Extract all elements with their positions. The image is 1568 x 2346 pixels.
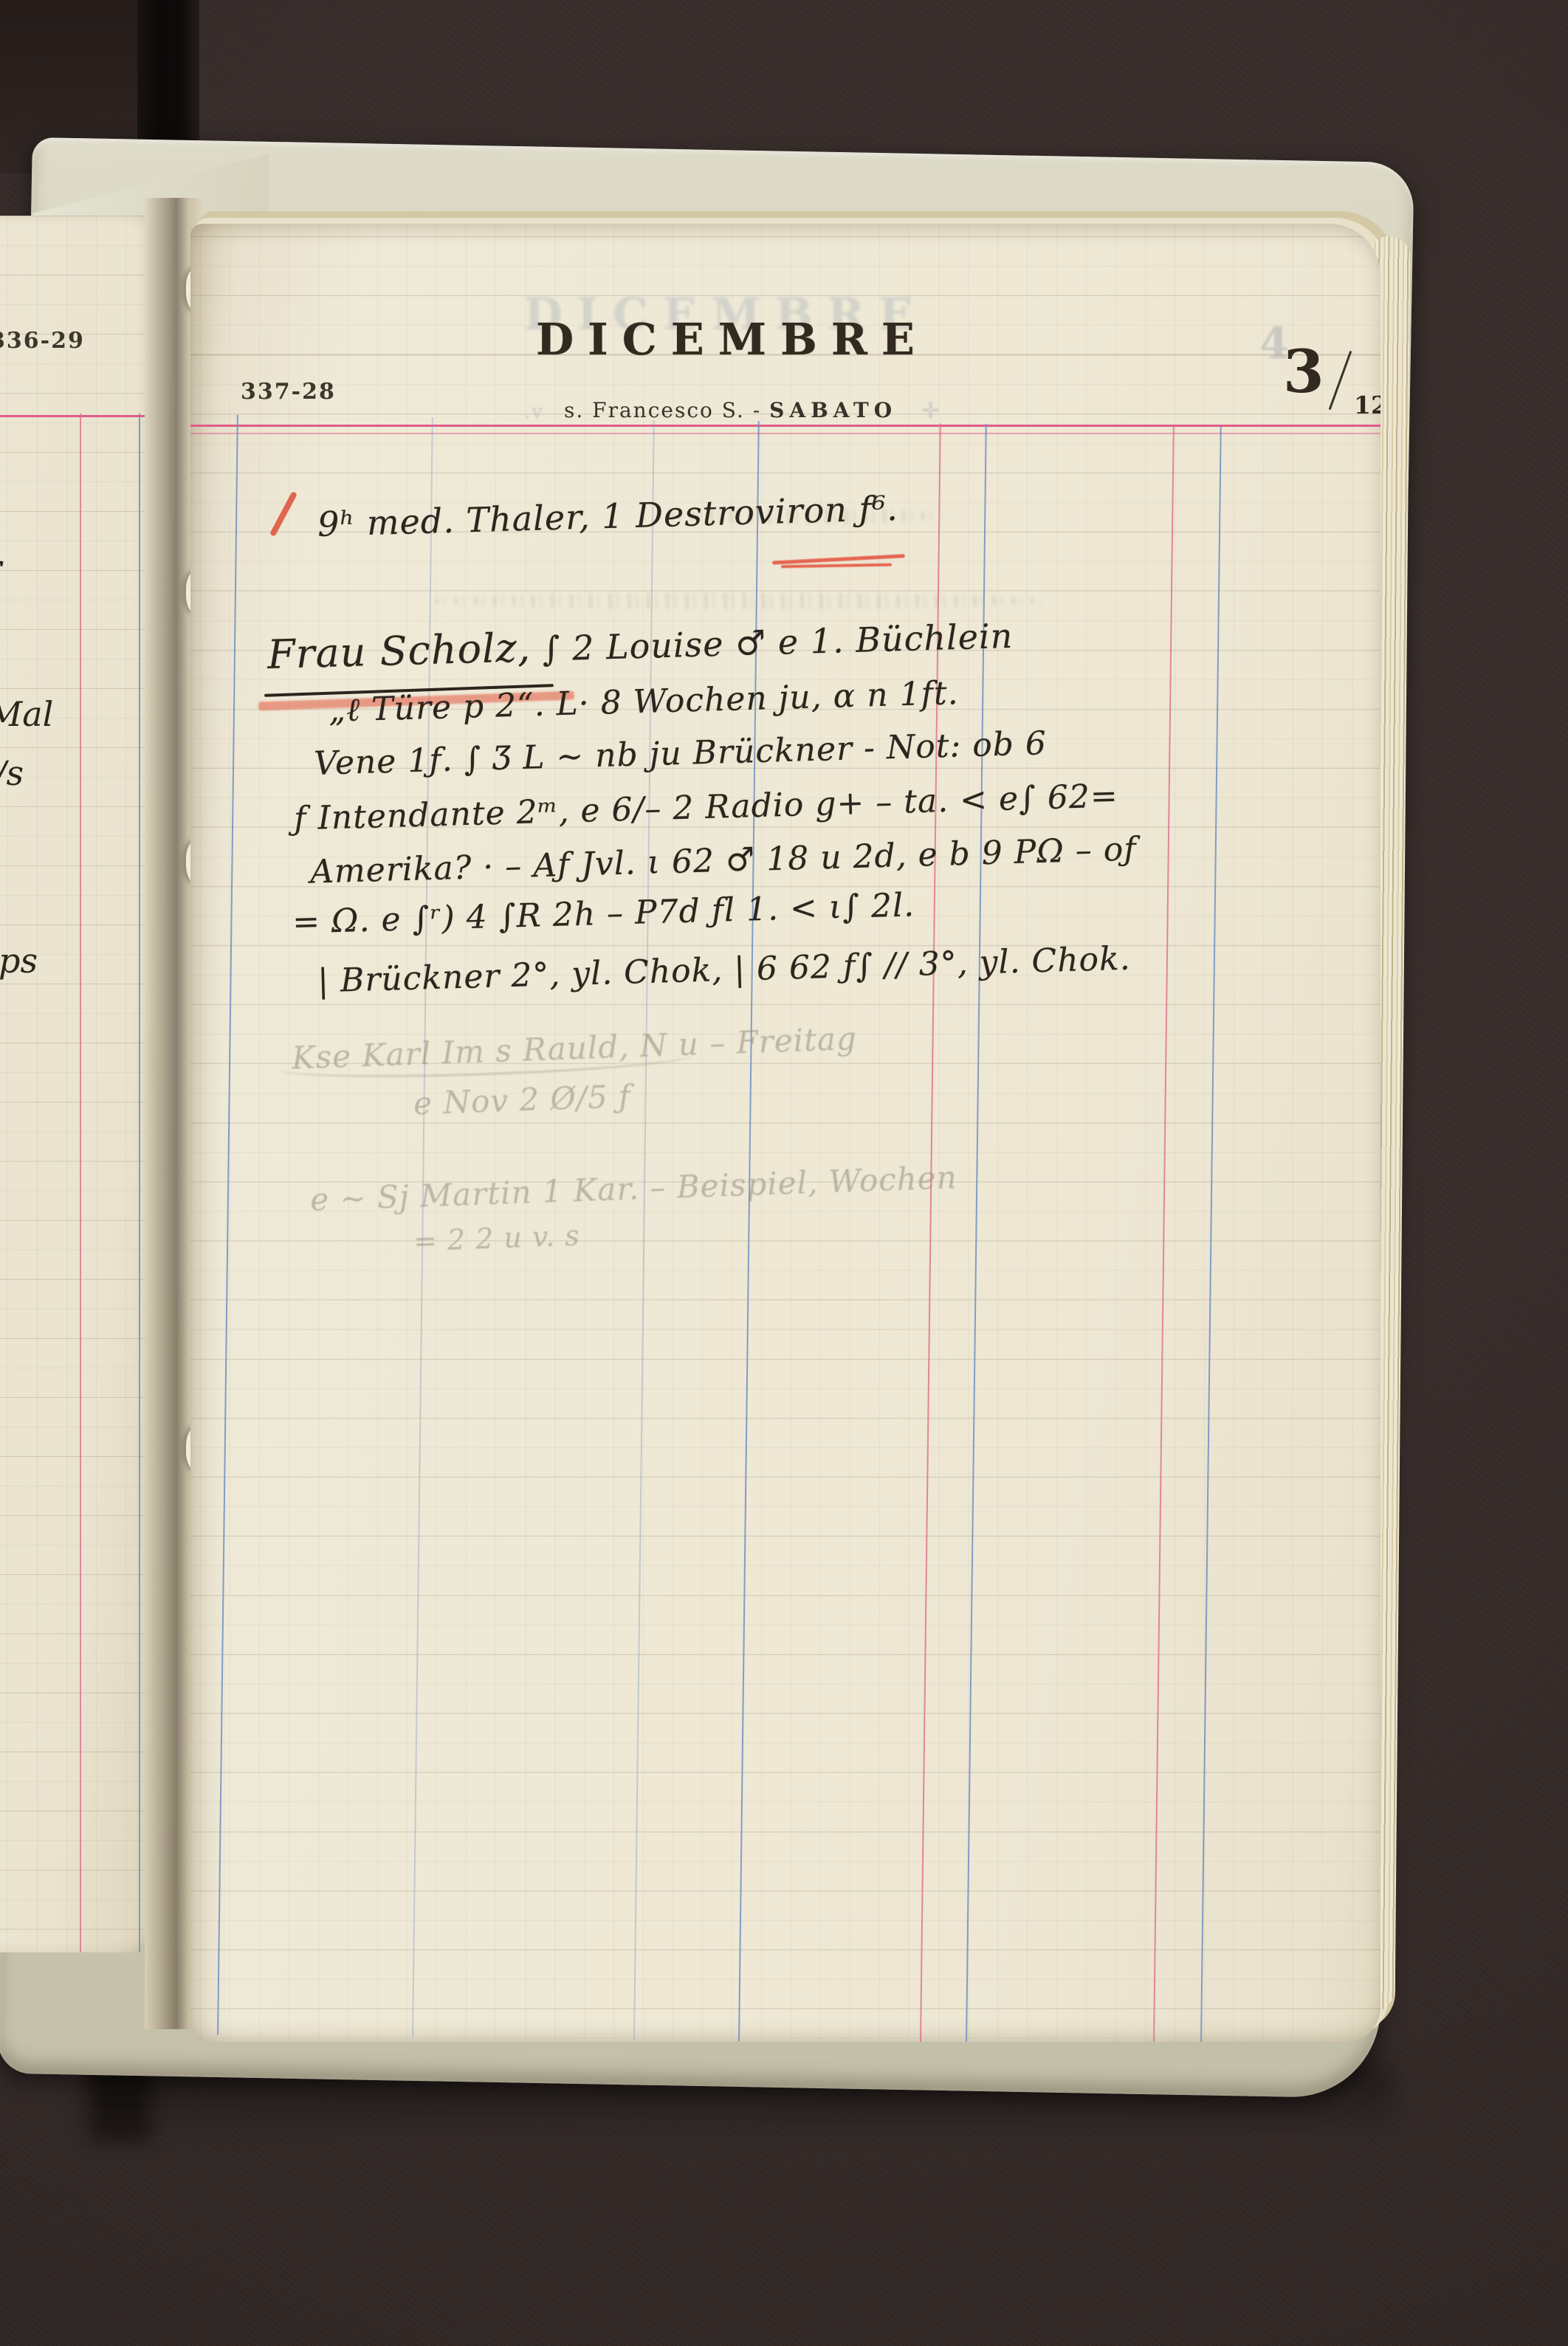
left-handwriting-fragment: sg/s [0, 753, 24, 793]
saint-day-line: s. Francesco S. - SABATO [564, 398, 897, 422]
left-page-blue-column-rule [139, 414, 140, 1952]
diary-photo: 336-29 or y. Mal sg/s ε Ɛ w ps DICEMBRE … [0, 0, 1568, 2346]
cross-icon: ✛ [921, 398, 940, 424]
left-handwriting-fragment: w ps [0, 941, 38, 981]
pink-column-rule [1153, 426, 1174, 2042]
ghost-entry-line: = 2 2 u v. s [413, 1219, 580, 1258]
blue-column-rule [1200, 427, 1222, 2042]
weekday-name: SABATO [769, 398, 897, 422]
patient-name: Frau Scholz, [267, 624, 531, 678]
left-page-pink-rule [0, 415, 157, 417]
month-number: 12 [1354, 391, 1380, 419]
left-handwriting-fragment: or [0, 546, 1, 589]
ghost-entry-line: e Nov 2 Ø/5 ƒ [413, 1078, 631, 1122]
day-number: 3 [1283, 342, 1324, 401]
main-page: DICEMBRE DICEMBRE 337-28 .v s. Francesco… [190, 224, 1380, 2042]
blue-column-rule [966, 424, 987, 2042]
right-page-number: 337-28 [241, 379, 336, 405]
saint-name: s. Francesco S. - [564, 398, 761, 422]
saint-line-ghost: .v [524, 401, 544, 423]
left-page: 336-29 or y. Mal sg/s ε Ɛ w ps [0, 216, 157, 1952]
left-handwriting-fragment: y. Mal [0, 694, 53, 734]
month-title: DICEMBRE [536, 314, 929, 365]
left-page-pink-column-rule [80, 414, 81, 1952]
pink-column-rule [920, 423, 941, 2042]
blue-margin-rule [217, 415, 238, 2035]
show-through-squiggle [427, 593, 1047, 609]
left-page-number: 336-29 [0, 328, 85, 354]
